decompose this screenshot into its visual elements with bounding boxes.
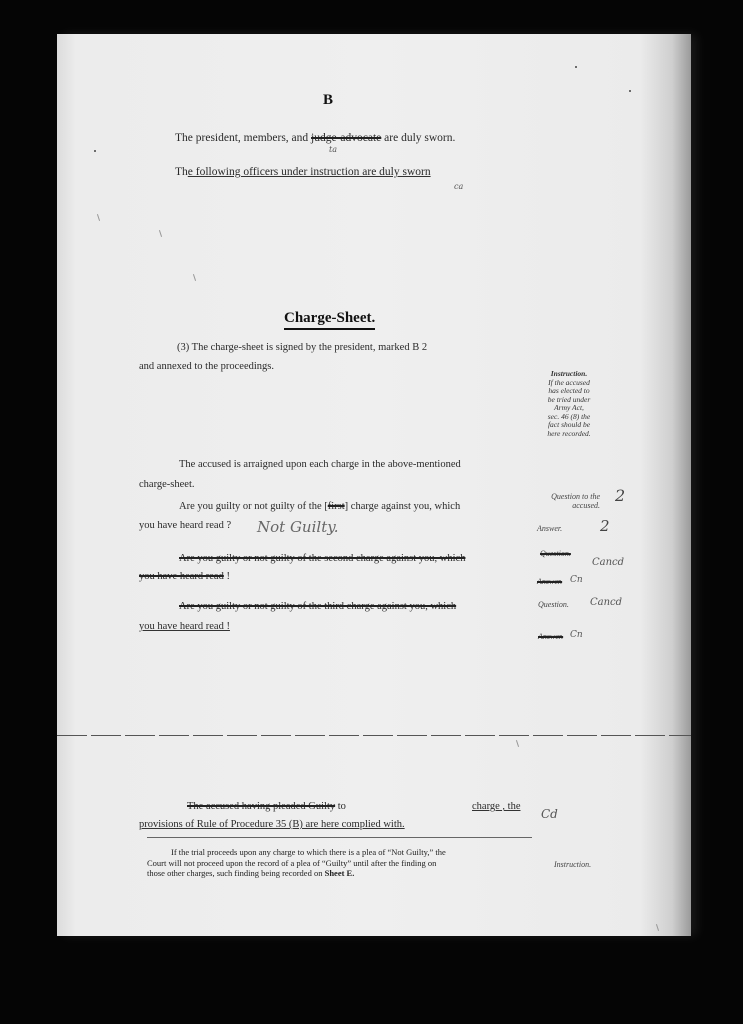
arraignment-line-2: charge-sheet. xyxy=(139,474,539,496)
handwritten-mark: 2 xyxy=(600,517,610,535)
handwritten-mark: Cancd xyxy=(592,557,624,568)
scan-mark xyxy=(159,230,162,237)
question-3-line-2: you have heard read ! xyxy=(139,616,539,638)
margin-answer-3: Answer. xyxy=(538,632,563,641)
struck-officers-instruction: e following officers under instruction a… xyxy=(188,166,431,178)
scan-mark xyxy=(656,924,659,931)
handwritten-mark: Cn xyxy=(570,630,583,640)
footnote-margin-label: Instruction. xyxy=(554,860,591,869)
margin-answer-2: Answer. xyxy=(537,577,562,586)
arraignment-line-1: The accused is arraigned upon each charg… xyxy=(179,454,579,476)
question-1-line-2: you have heard read ? xyxy=(139,515,539,537)
footnote-instruction: If the trial proceeds upon any charge to… xyxy=(147,847,547,879)
scan-mark xyxy=(516,740,519,747)
scan-mark xyxy=(193,274,196,281)
struck-judge-advocate: judge-advocate xyxy=(311,132,381,144)
plea-line-2: provisions of Rule of Procedure 35 (B) a… xyxy=(139,814,539,836)
signed-para-line-2: and annexed to the proceedings. xyxy=(139,356,539,378)
handwritten-initials: ca xyxy=(454,182,463,191)
page-title: Charge-Sheet. xyxy=(284,310,375,330)
sheet-letter: B xyxy=(323,92,333,109)
handwritten-mark: Cancd xyxy=(590,597,622,608)
handwritten-initials: ta xyxy=(329,145,337,154)
handwritten-answer-not-guilty: Not Guilty. xyxy=(257,518,338,536)
margin-answer-1: Answer. xyxy=(537,524,562,533)
oath-line-1: The president, members, and judge-advoca… xyxy=(175,132,455,144)
scan-mark xyxy=(97,214,100,221)
scan-speck xyxy=(575,66,577,68)
handwritten-mark: 2 xyxy=(615,486,625,505)
divider xyxy=(147,837,532,838)
handwritten-mark: Cn xyxy=(570,575,583,585)
scan-speck xyxy=(94,150,96,152)
handwritten-initials: Cd xyxy=(541,807,558,821)
oath-line-2: The following officers under instruction… xyxy=(175,166,431,178)
document-page: B The president, members, and judge-advo… xyxy=(57,34,691,936)
scan-speck xyxy=(629,90,631,92)
margin-question-3: Question. xyxy=(538,600,569,609)
question-3-line-1: Are you guilty or not guilty of the thir… xyxy=(179,596,579,618)
instruction-note: Instruction. If the accused has elected … xyxy=(533,370,605,438)
margin-question-1: Question to the accused. xyxy=(535,492,600,510)
fold-line xyxy=(57,735,691,736)
margin-question-2: Question. xyxy=(540,549,571,558)
question-2-line-2: you have heard read ! xyxy=(139,566,539,588)
